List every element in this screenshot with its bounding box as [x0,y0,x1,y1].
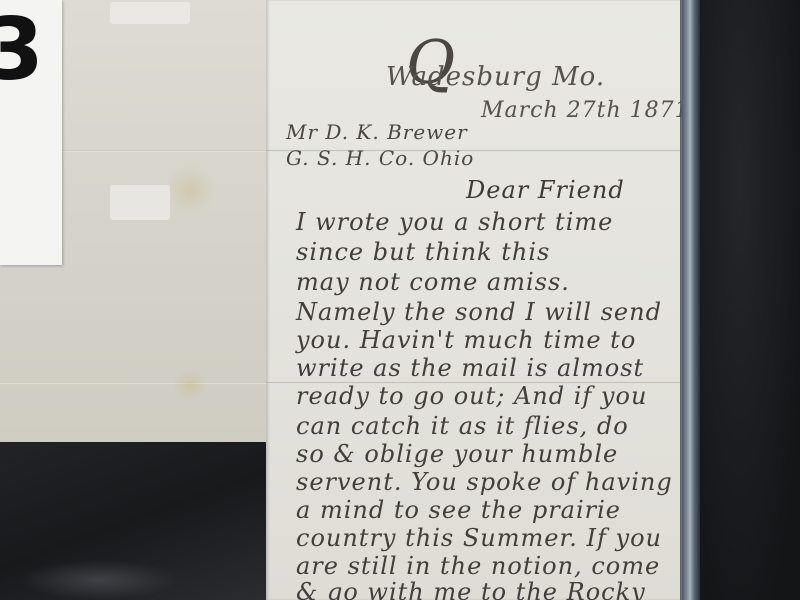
letter-place: Wadesburg Mo. [386,62,605,92]
body-line: so & oblige your humble [296,440,618,468]
body-line: you. Havin't much time to [296,326,636,354]
body-line: are still in the notion, come [296,552,660,580]
salutation: Dear Friend [466,176,625,204]
body-line: country this Summer. If you [296,524,662,552]
body-line: & go with me to the Rocky [296,578,646,600]
body-line: a mind to see the prairie [296,496,621,524]
dark-backing [0,442,266,600]
lot-number-card: 3 [0,0,62,265]
body-line: can catch it as it flies, do [296,412,629,440]
fold-crease [0,382,266,384]
letter-date: March 27th 1871 [481,98,690,123]
body-line: may not come amiss. [296,268,570,296]
fold-crease [60,150,266,152]
stain-mark [170,370,210,400]
dark-background [700,0,800,600]
letter-photo: 3 Q Wadesburg Mo. March 27th 1871 Mr D. … [0,0,800,600]
plastic-sleeve-edge [680,0,700,600]
body-line: since but think this [296,238,550,266]
body-line: ready to go out; And if you [296,382,647,410]
recipient-address: G. S. H. Co. Ohio [286,146,474,170]
stain-mark [165,165,215,215]
letter-page: Q Wadesburg Mo. March 27th 1871 Mr D. K.… [266,0,682,600]
body-line: I wrote you a short time [296,208,613,236]
body-line: Namely the sond I will send [296,298,662,326]
tape-residue [110,2,190,24]
body-line: servent. You spoke of having [296,468,673,496]
lot-number: 3 [0,0,44,100]
recipient-name: Mr D. K. Brewer [286,120,468,144]
body-line: write as the mail is almost [296,354,644,382]
light-glare [20,560,180,600]
tape-residue [110,185,170,220]
